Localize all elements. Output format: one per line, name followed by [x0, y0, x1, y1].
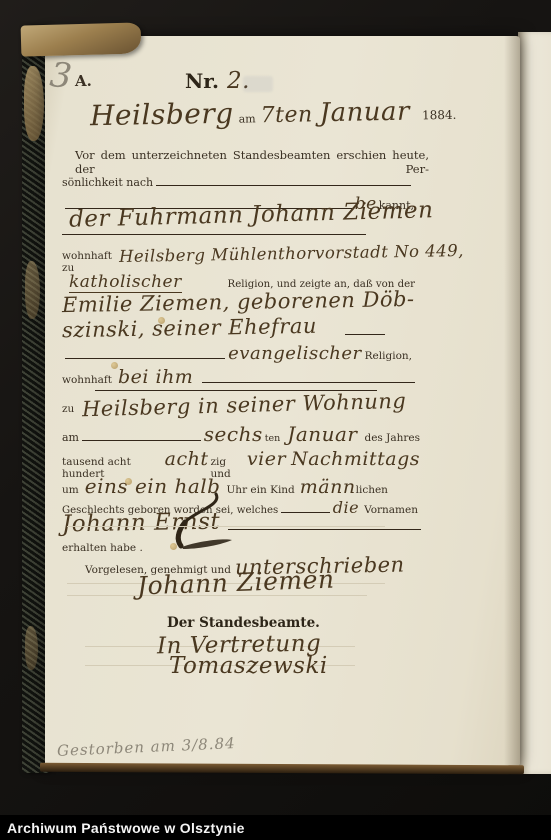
blank-rule: [202, 369, 415, 383]
religion-printed-2: Religion,: [365, 350, 412, 362]
zu-label: zu: [62, 403, 74, 415]
binding-wear-patch: [25, 626, 38, 670]
intro-line-2: sönlichkeit nach: [62, 172, 414, 189]
binding-wear-patch: [25, 261, 40, 319]
record-number-label: Nr.: [185, 69, 219, 93]
daytime-value: Nachmittags: [291, 448, 420, 470]
registrar-heading: Der Standesbeamte.: [167, 615, 320, 631]
page-gutter-shadow: [504, 36, 520, 766]
ten-label: ten: [265, 433, 281, 444]
mother-residence-line: wohnhaft bei ihm: [62, 366, 418, 388]
erhalten-label: erhalten habe .: [62, 542, 143, 554]
wohnhaft-zu-label: wohnhaft zu: [62, 250, 112, 274]
scan-background: 3 A. Nr. 2. Heilsberg am 7ten Januar 188…: [0, 0, 551, 840]
binding-wear-patch: [24, 66, 44, 141]
facing-page-edge: [518, 32, 551, 774]
margin-number-note: 3: [48, 55, 74, 97]
birth-day-value: sechs: [204, 422, 263, 446]
stain-dot: [111, 362, 118, 369]
pen-flourish: [140, 491, 240, 553]
um-label: um: [62, 484, 79, 496]
blank-rule: [62, 234, 366, 235]
mother-name-line-2: szinski, seiner Ehefrau: [62, 316, 365, 340]
declarant-address: Heilsberg Mühlenthorvorstadt No 449,: [119, 241, 464, 266]
year-unit-value: vier: [247, 448, 286, 470]
register-page: 3 A. Nr. 2. Heilsberg am 7ten Januar 188…: [45, 36, 520, 766]
faint-stamp-mark: [243, 76, 273, 92]
registrar-signature: Tomaszewski: [169, 653, 328, 679]
intro-line-2-label: sönlichkeit nach: [62, 176, 153, 189]
death-margin-note: Gestorben am 3/8.84: [57, 734, 236, 760]
blank-rule: [345, 321, 385, 335]
year-decade-value: acht: [165, 448, 209, 470]
mother-religion: evangelischer: [228, 343, 362, 364]
mother-residence-value: bei ihm: [118, 366, 193, 388]
child-name-line: Johann Ernst: [62, 510, 424, 536]
corner-letter: A.: [75, 72, 92, 90]
date-month: Januar: [319, 97, 410, 129]
blank-rule: [65, 345, 225, 359]
date-day: 7ten: [260, 102, 312, 128]
mother-name-continued: szinski, seiner Ehefrau: [62, 314, 317, 342]
blank-rule: [82, 427, 201, 441]
birth-hour-line: um eins ein halb Uhr ein Kind männ liche…: [62, 474, 420, 498]
archive-watermark-bar: Archiwum Państwowe w Olsztynie: [0, 815, 551, 840]
declarant-religion: katholischer: [69, 272, 182, 293]
faint-guide-line: [67, 526, 385, 527]
binding-corner-wear: [21, 22, 142, 56]
residence-line: wohnhaft zu Heilsberg Mühlenthorvorstadt…: [62, 244, 414, 274]
blank-rule: [228, 516, 421, 530]
religion-line-2: evangelischer Religion,: [62, 343, 412, 364]
stain-dot: [158, 317, 165, 324]
des-jahres-label: des Jahres: [364, 432, 420, 444]
page-bottom-edge: [40, 763, 524, 775]
stain-dot: [125, 478, 132, 485]
lichen-label: lichen: [356, 484, 388, 496]
gender-value: männ: [300, 476, 356, 498]
birth-month-value: Januar: [287, 422, 357, 446]
wohnhaft-label: wohnhaft: [62, 374, 112, 386]
birth-place-value: Heilsberg in seiner Wohnung: [82, 389, 407, 421]
birth-date-line: am sechs ten Januar des Jahres: [62, 422, 420, 446]
date-place: Heilsberg: [90, 97, 234, 133]
stain-dot: [170, 543, 177, 550]
archive-name: Archiwum Państwowe w Olsztynie: [0, 820, 245, 836]
blank-rule: [156, 172, 411, 186]
birth-place-line: zu Heilsberg in seiner Wohnung: [62, 393, 407, 417]
record-number: Nr. 2.: [185, 68, 250, 94]
am-label: am: [62, 431, 79, 444]
date-year: 1884.: [422, 108, 457, 123]
mother-name-line-1: Emilie Ziemen, geborenen Döb-: [62, 287, 415, 317]
date-am-label: am: [239, 112, 256, 125]
date-line: Heilsberg am 7ten Januar 1884.: [90, 93, 457, 132]
